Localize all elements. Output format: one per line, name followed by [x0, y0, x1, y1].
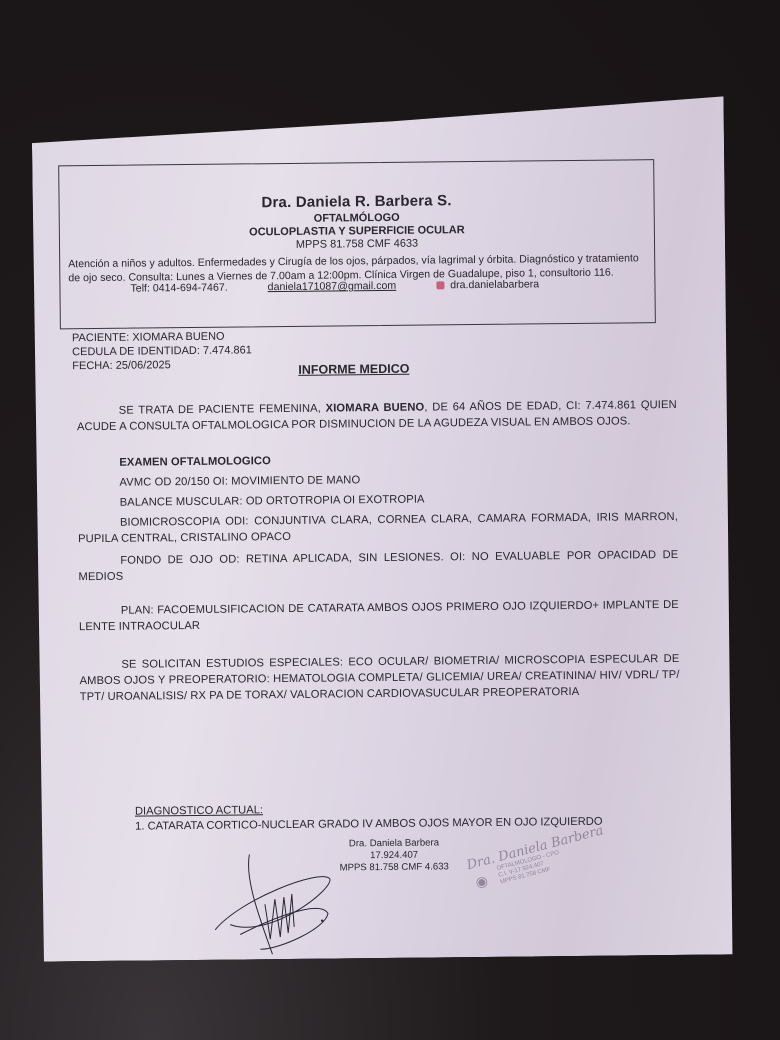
exam-balance: BALANCE MUSCULAR: OD ORTOTROPIA OI EXOTR…: [120, 489, 678, 511]
studies-paragraph: SE SOLICITAN ESTUDIOS ESPECIALES: ECO OC…: [79, 651, 679, 705]
diagnosis-item: 1. CATARATA CORTICO-NUCLEAR GRADO IV AMB…: [135, 816, 603, 833]
exam-fundus: FONDO DE OJO OD: RETINA APLICADA, SIN LE…: [78, 547, 678, 585]
exam-biomicroscopy: BIOMICROSCOPIA ODI: CONJUNTIVA CLARA, CO…: [78, 509, 678, 547]
intro-paragraph: SE TRATA DE PACIENTE FEMENINA, XIOMARA B…: [77, 397, 677, 435]
exam-avmc: AVMC OD 20/150 OI: MOVIMIENTO DE MANO: [119, 469, 677, 491]
diagnosis-heading: DIAGNOSTICO ACTUAL:: [135, 804, 263, 817]
instagram-text: dra.danielabarbera: [450, 278, 539, 291]
report-body: SE TRATA DE PACIENTE FEMENINA, XIOMARA B…: [77, 397, 680, 719]
patient-info: PACIENTE: XIOMARA BUENO CEDULA DE IDENTI…: [72, 329, 252, 373]
instagram-handle: dra.danielabarbera: [436, 278, 539, 291]
letterhead: Dra. Daniela R. Barbera S. OFTALMÓLOGO O…: [58, 159, 656, 329]
patient-id: CEDULA DE IDENTIDAD: 7.474.861: [72, 343, 252, 359]
intro-text-start: SE TRATA DE PACIENTE FEMENINA,: [119, 403, 326, 417]
report-title: INFORME MEDICO: [298, 362, 409, 377]
instagram-icon: [436, 282, 444, 290]
phone: Telf: 0414-694-7467.: [130, 282, 227, 295]
email-link[interactable]: daniela171087@gmail.com: [268, 280, 397, 293]
handwritten-signature: [209, 848, 340, 959]
doctor-stamp: Dra. Daniela Barbera OFTALMOLOGO - CPO C…: [465, 823, 610, 893]
exam-heading: EXAMEN OFTALMOLOGICO: [119, 449, 677, 471]
plan-paragraph: PLAN: FACOEMULSIFICACION DE CATARATA AMB…: [79, 597, 679, 635]
medical-report-page: Dra. Daniela R. Barbera S. OFTALMÓLOGO O…: [32, 96, 733, 961]
signature-block: Dra. Daniela Barbera 17.924.407 MPPS 81.…: [339, 837, 449, 874]
signer-registration: MPPS 81.758 CMF 4.633: [339, 861, 448, 874]
intro-patient-name: XIOMARA BUENO: [326, 402, 425, 415]
signer-name: Dra. Daniela Barbera: [339, 837, 448, 850]
report-date: FECHA: 25/06/2025: [72, 357, 252, 373]
